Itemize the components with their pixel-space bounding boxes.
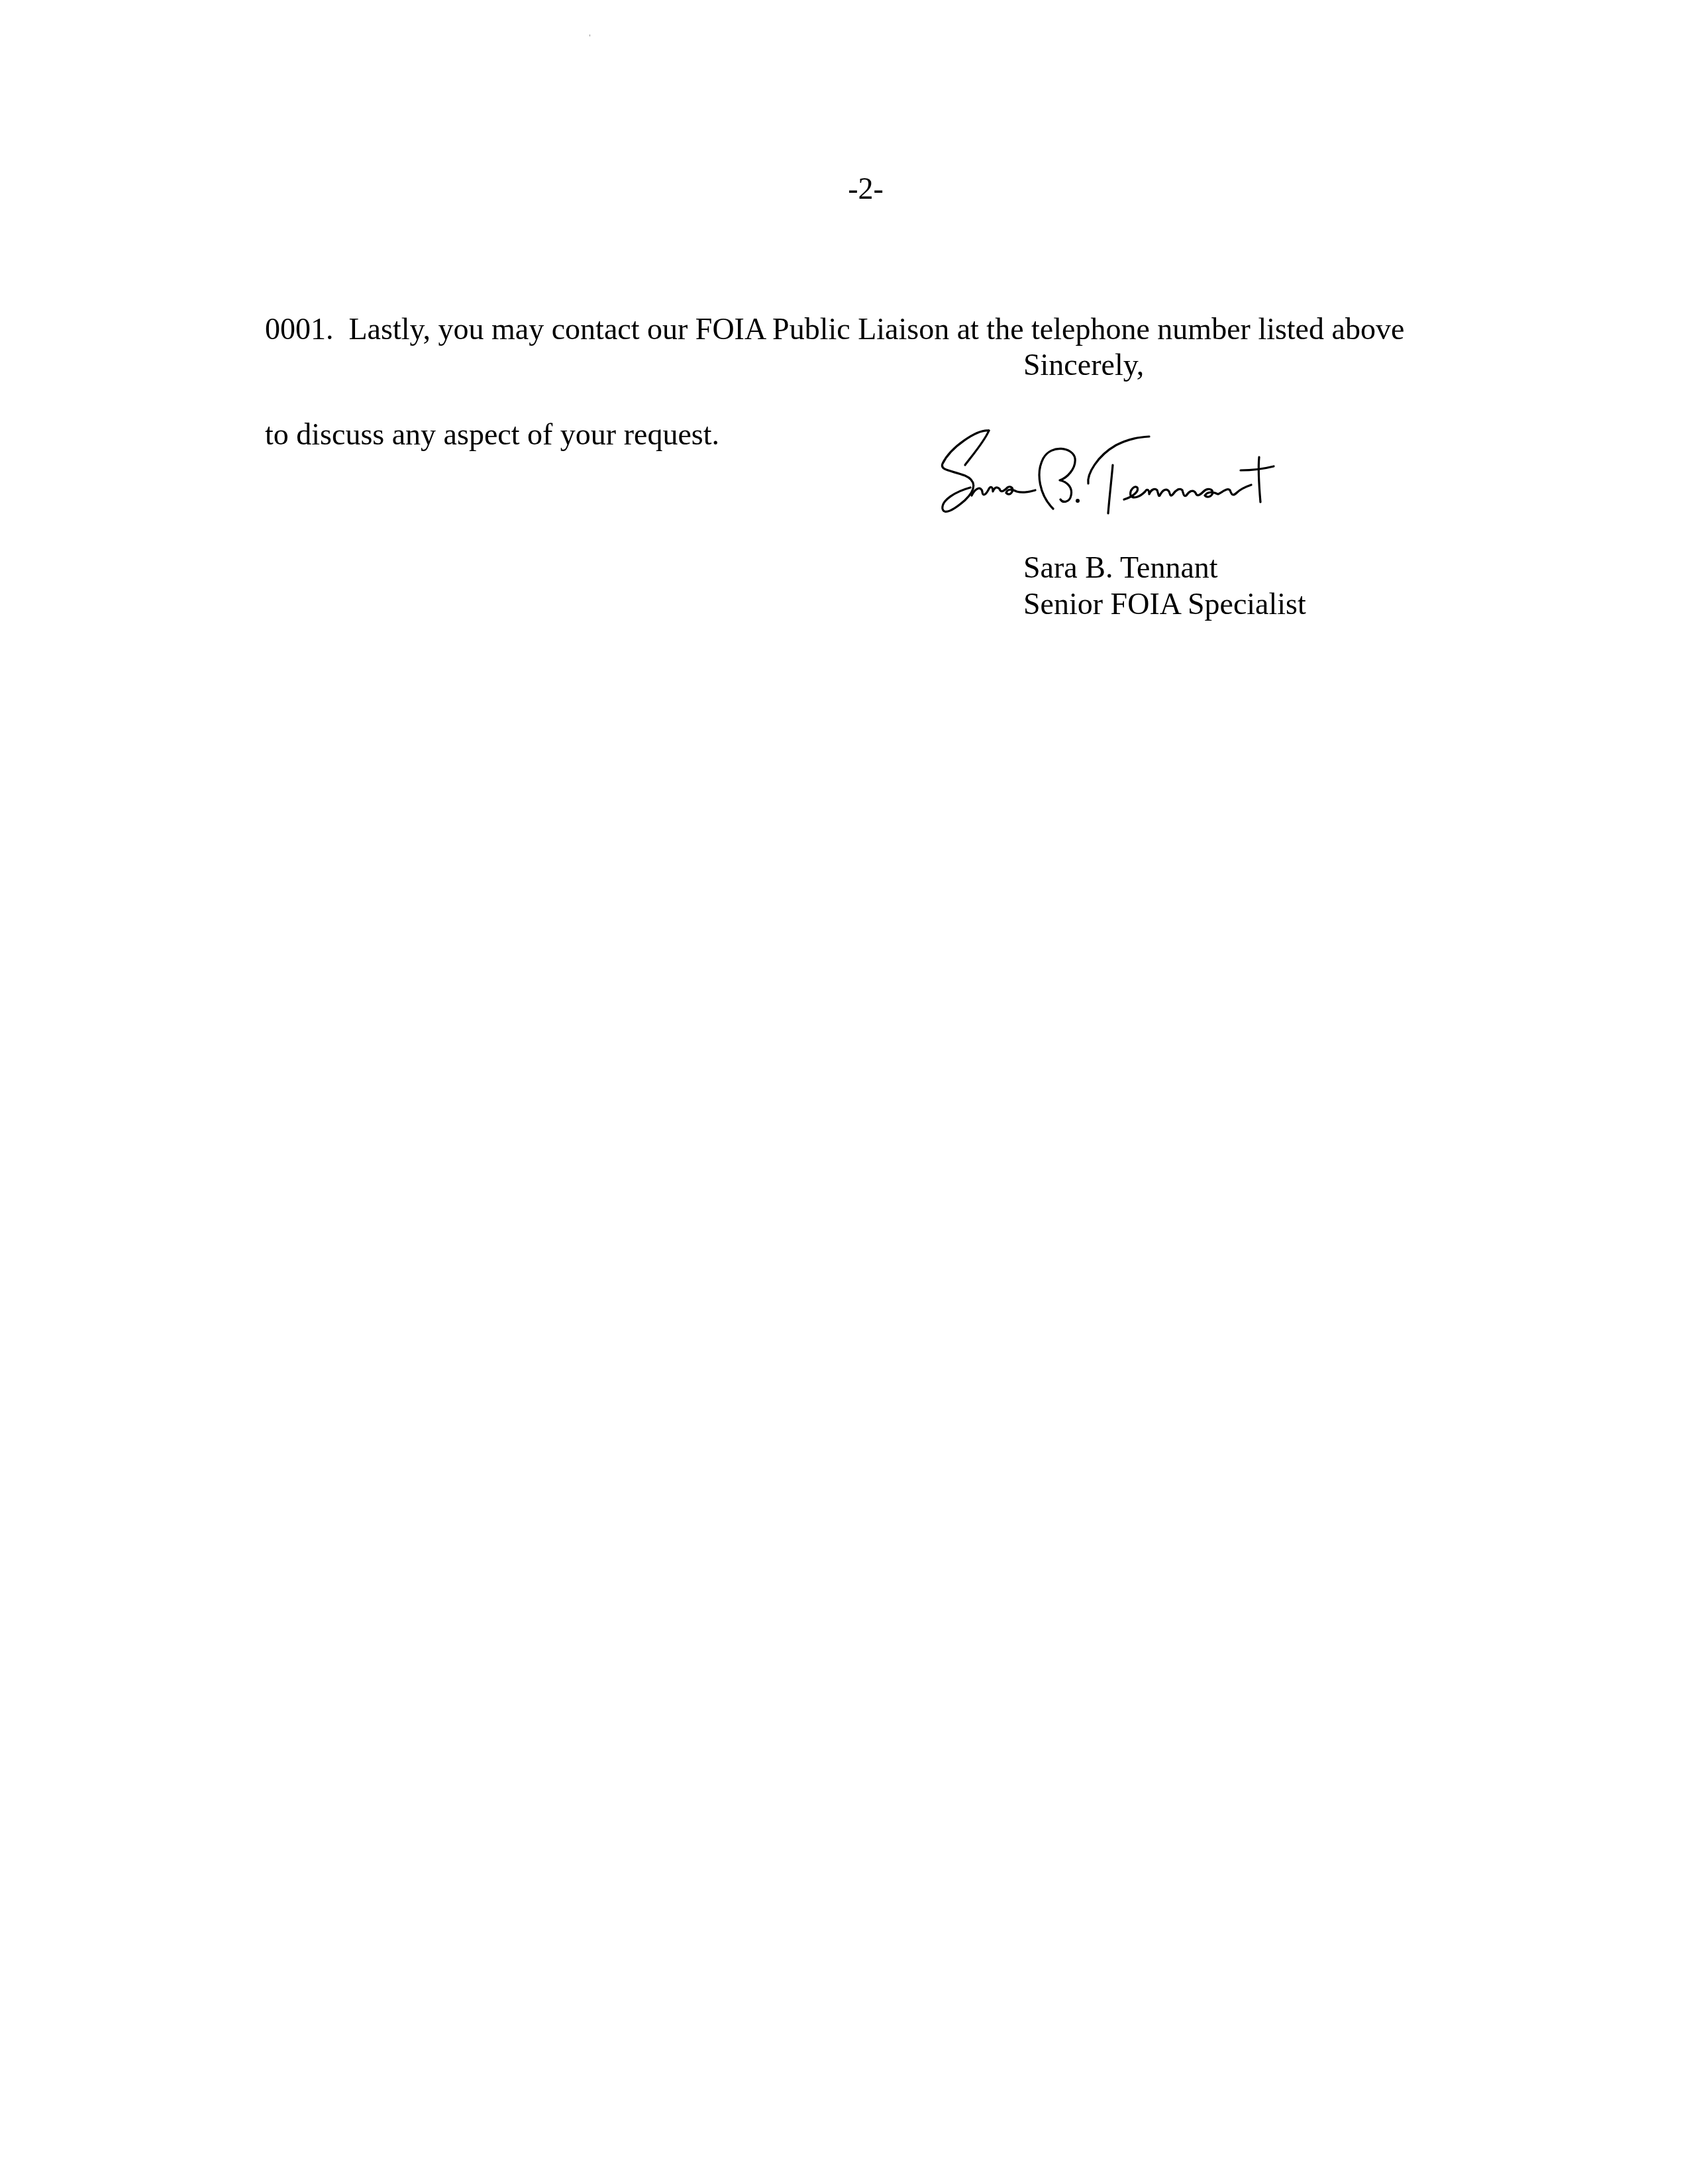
signer-block: Sara B. Tennant Senior FOIA Specialist [1023, 549, 1306, 622]
signer-title: Senior FOIA Specialist [1023, 586, 1306, 622]
closing-salutation: Sincerely, [1023, 347, 1144, 382]
body-line-1: 0001. Lastly, you may contact our FOIA P… [265, 311, 1457, 346]
signer-name: Sara B. Tennant [1023, 549, 1306, 586]
scan-speck [589, 34, 590, 36]
page-number: -2- [0, 171, 1689, 206]
document-page: -2- 0001. Lastly, you may contact our FO… [0, 0, 1689, 2184]
handwritten-signature-icon [924, 417, 1335, 517]
